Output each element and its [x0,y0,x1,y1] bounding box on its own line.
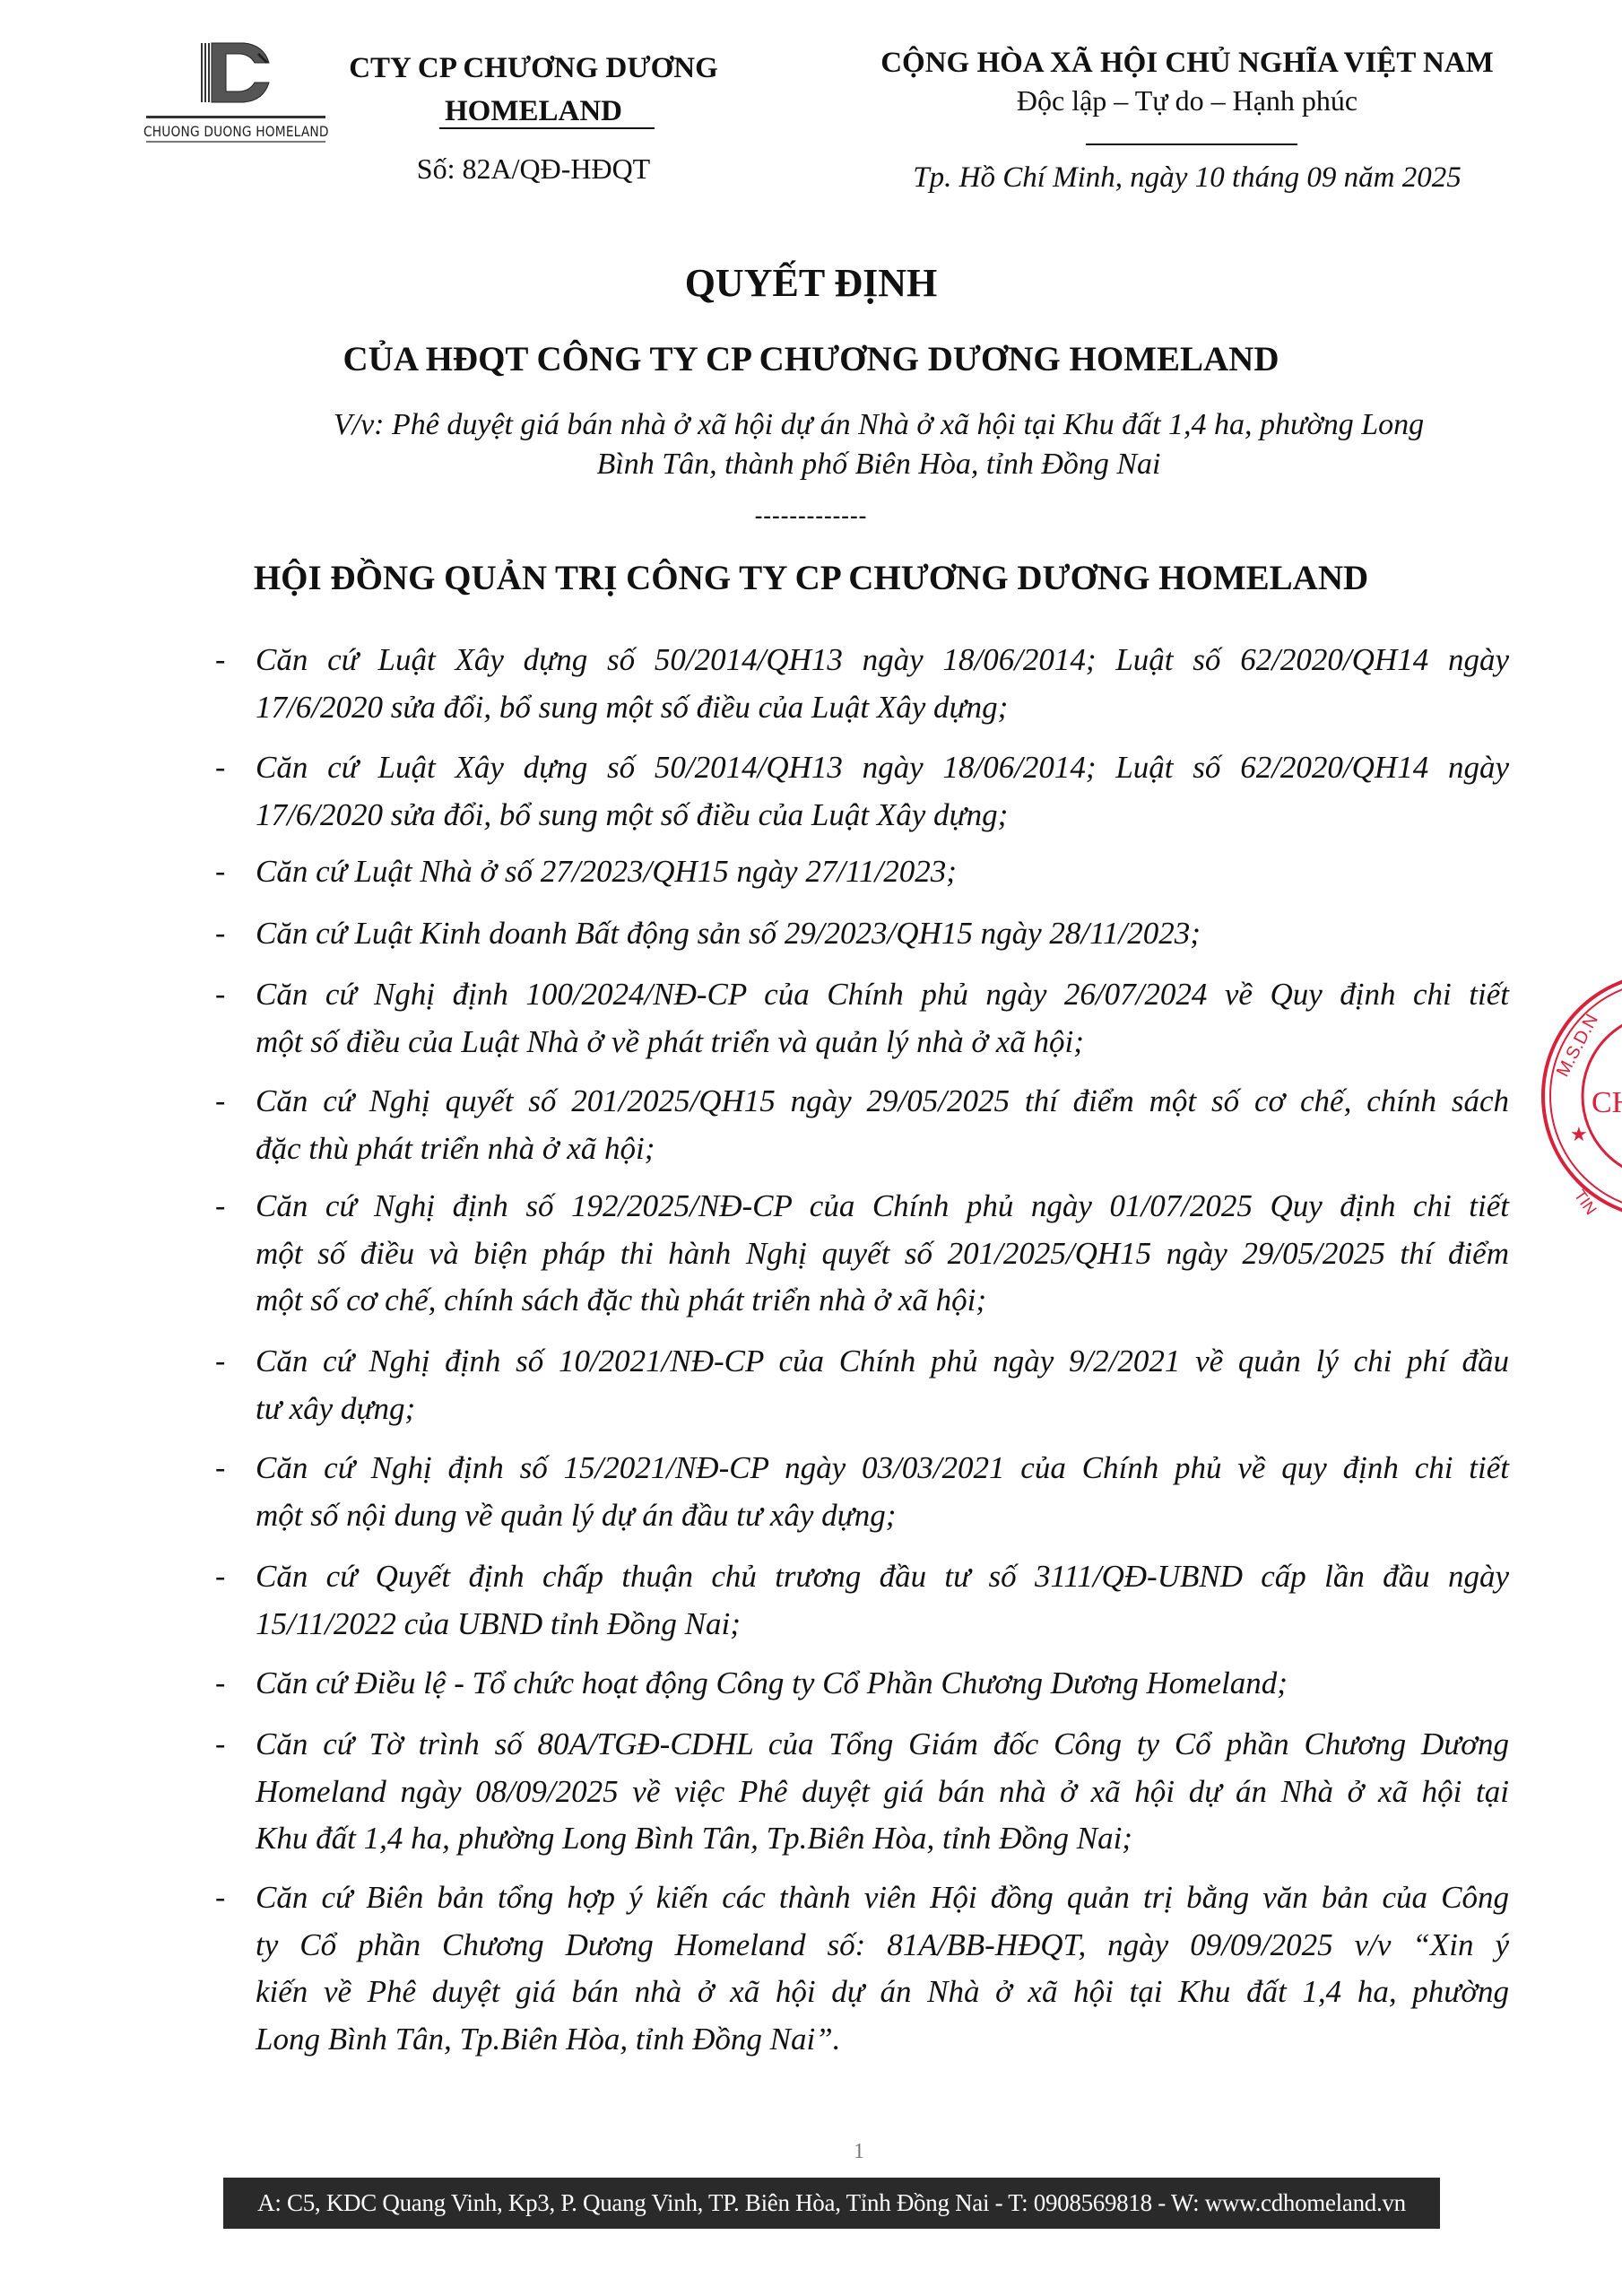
legal-basis-line: Căn cứ Quyết định chấp thuận chủ trương … [256,1553,1509,1600]
legal-basis-line: Homeland ngày 08/09/2025 về việc Phê duy… [256,1769,1509,1815]
legal-basis-line: đặc thù phát triển nhà ở xã hội; [256,1126,1509,1172]
bullet-dash: - [215,1660,225,1707]
legal-basis-line: Căn cứ Điều lệ - Tổ chức hoạt động Công … [256,1660,1509,1707]
page-number: 1 [854,2140,864,2164]
bullet-dash: - [215,1183,225,1230]
document-issuer: CỦA HĐQT CÔNG TY CP CHƯƠNG DƯƠNG HOMELAN… [0,339,1622,379]
logo-wordmark: CHUONG DUONG HOMELAND [143,123,302,140]
company-underline [439,127,655,129]
board-heading: HỘI ĐỒNG QUẢN TRỊ CÔNG TY CP CHƯƠNG DƯƠN… [0,558,1622,598]
company-seal-stamp-icon: M.S.D.N CH ★ TIN [1540,970,1622,1222]
legal-basis-line: một số điều và biện pháp thi hành Nghị q… [256,1231,1509,1277]
legal-basis-line: ty Cổ phần Chương Dương Homeland số: 81A… [256,1922,1509,1969]
legal-basis-line: Căn cứ Nghị định số 15/2021/NĐ-CP ngày 0… [256,1445,1509,1492]
legal-basis-line: Căn cứ Nghị định số 10/2021/NĐ-CP của Ch… [256,1338,1509,1385]
legal-basis-line: Căn cứ Tờ trình số 80A/TGĐ-CDHL của Tổng… [256,1721,1509,1768]
logo-bottom-rule [146,141,325,143]
legal-basis-line: Căn cứ Nghị quyết số 201/2025/QH15 ngày … [256,1078,1509,1125]
bullet-dash: - [215,848,225,895]
legal-basis-line: Căn cứ Luật Kinh doanh Bất động sản số 2… [256,910,1509,957]
legal-basis-line: Căn cứ Luật Xây dựng số 50/2014/QH13 ngà… [256,744,1509,791]
svg-text:★: ★ [1570,1123,1588,1145]
bullet-dash: - [215,1553,225,1600]
document-subject: V/v: Phê duyệt giá bán nhà ở xã hội dự á… [269,405,1488,484]
legal-basis-line: Căn cứ Luật Nhà ở số 27/2023/QH15 ngày 2… [256,848,1509,895]
legal-basis-line: Căn cứ Nghị định số 192/2025/NĐ-CP của C… [256,1183,1509,1230]
national-title: CỘNG HÒA XÃ HỘI CHỦ NGHĨA VIỆT NAM [843,47,1531,80]
legal-basis-line: 17/6/2020 sửa đổi, bổ sung một số điều c… [256,684,1509,731]
company-name: CTY CP CHƯƠNG DƯƠNG HOMELAND [332,47,735,133]
bullet-dash: - [215,971,225,1018]
legal-basis-line: Căn cứ Nghị định 100/2024/NĐ-CP của Chín… [256,971,1509,1018]
stamp-text-ch: CH [1592,1086,1622,1119]
bullet-dash: - [215,744,225,791]
legal-basis-line: Căn cứ Biên bản tổng hợp ý kiến các thàn… [256,1874,1509,1921]
bullet-dash: - [215,1078,225,1125]
subject-line-2: Bình Tân, thành phố Biên Hòa, tỉnh Đồng … [269,445,1488,484]
logo-top-rule [146,116,325,118]
legal-basis-line: Long Bình Tân, Tp.Biên Hòa, tỉnh Đồng Na… [256,2016,1509,2063]
company-name-line2: HOMELAND [332,90,735,133]
document-title: QUYẾT ĐỊNH [0,260,1622,306]
legal-basis-line: 15/11/2022 của UBND tỉnh Đồng Nai; [256,1601,1509,1648]
legal-basis-line: một số nội dung về quản lý dự án đầu tư … [256,1492,1509,1539]
document-number: Số: 82A/QĐ-HĐQT [332,152,735,186]
company-name-line1: CTY CP CHƯƠNG DƯƠNG [332,47,735,90]
legal-basis-line: Khu đất 1,4 ha, phường Long Bình Tân, Tp… [256,1815,1509,1862]
bullet-dash: - [215,637,225,683]
national-motto: Độc lập – Tự do – Hạnh phúc [843,84,1531,117]
bullet-dash: - [215,1338,225,1385]
bullet-dash: - [215,1445,225,1492]
legal-basis-line: tư xây dựng; [256,1386,1509,1432]
motto-underline [1086,143,1297,145]
legal-basis-line: kiến về Phê duyệt giá bán nhà ở xã hội d… [256,1969,1509,2015]
company-logo-icon [199,41,273,104]
legal-basis-line: một số cơ chế, chính sách đặc thù phát t… [256,1277,1509,1324]
bullet-dash: - [215,910,225,957]
bullet-dash: - [215,1721,225,1768]
legal-basis-line: một số điều của Luật Nhà ở về phát triển… [256,1019,1509,1065]
stamp-text-tin: TIN [1571,1187,1600,1218]
place-date: Tp. Hồ Chí Minh, ngày 10 tháng 09 năm 20… [843,161,1531,195]
legal-basis-line: Căn cứ Luật Xây dựng số 50/2014/QH13 ngà… [256,637,1509,683]
subject-line-1: V/v: Phê duyệt giá bán nhà ở xã hội dự á… [269,405,1488,445]
bullet-dash: - [215,1874,225,1921]
footer-contact: A: C5, KDC Quang Vinh, Kp3, P. Quang Vin… [223,2178,1440,2229]
legal-basis-line: 17/6/2020 sửa đổi, bổ sung một số điều c… [256,792,1509,839]
separator: ------------- [0,502,1622,529]
